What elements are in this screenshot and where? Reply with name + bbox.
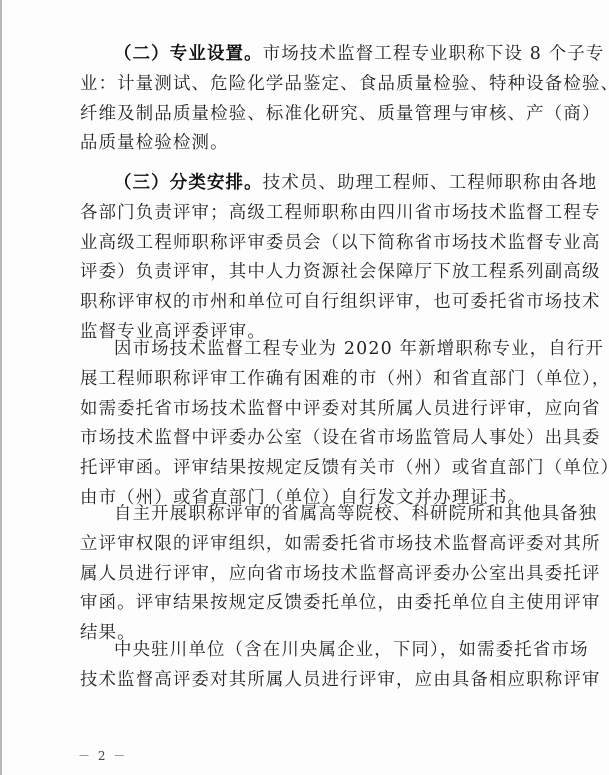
text-line: 职称评审权的市州和单位可自行组织评审，也可委托省市场技术 bbox=[80, 288, 536, 318]
text-line: 业高级工程师职称评审委员会（以下简称省市场技术监督专业高 bbox=[80, 229, 536, 259]
section-heading: （三）分类安排。 bbox=[114, 173, 263, 193]
text-line: 属人员进行评审，应向省市场技术监督高评委办公室出具委托评 bbox=[80, 560, 536, 590]
text-line: （二）专业设置。市场技术监督工程专业职称下设 8 个子专 bbox=[80, 40, 536, 70]
text-line: 业：计量测试、危险化学品鉴定、食品质量检验、特种设备检验、 bbox=[80, 70, 536, 100]
paragraph-specialty-setup: （二）专业设置。市场技术监督工程专业职称下设 8 个子专 业：计量测试、危险化学… bbox=[80, 40, 536, 159]
text-line: 自主开展职称评审的省属高等院校、科研院所和其他具备独 bbox=[80, 500, 536, 530]
document-page: （二）专业设置。市场技术监督工程专业职称下设 8 个子专 业：计量测试、危险化学… bbox=[0, 0, 609, 775]
text-line: 中央驻川单位（含在川央属企业，下同），如需委托省市场 bbox=[80, 636, 536, 666]
paragraph-central-units: 中央驻川单位（含在川央属企业，下同），如需委托省市场 技术监督高评委对其所属人员… bbox=[80, 636, 536, 696]
text-line: 托评审函。评审结果按规定反馈有关市（州）或省直部门（单位）， bbox=[80, 454, 536, 484]
text-line: （三）分类安排。技术员、助理工程师、工程师职称由各地 bbox=[80, 169, 536, 199]
text-line: 各部门负责评审；高级工程师职称由四川省市场技术监督工程专 bbox=[80, 199, 536, 229]
text-line: 审函。评审结果按规定反馈委托单位，由委托单位自主使用评审 bbox=[80, 589, 536, 619]
paragraph-institution-review: 自主开展职称评审的省属高等院校、科研院所和其他具备独 立评审权限的评审组织，如需… bbox=[80, 500, 536, 649]
text-line: 立评审权限的评审组织，如需委托省市场技术监督高评委对其所 bbox=[80, 530, 536, 560]
text-line: 因市场技术监督工程专业为 2020 年新增职称专业，自行开 bbox=[80, 335, 536, 365]
text-line: 品质量检验检测。 bbox=[80, 129, 536, 159]
text-line: 展工程师职称评审工作确有困难的市（州）和省直部门（单位）， bbox=[80, 365, 536, 395]
section-heading: （二）专业设置。 bbox=[114, 44, 263, 64]
text-line: 市场技术监督中评委办公室（设在省市场监管局人事处）出具委 bbox=[80, 424, 536, 454]
paragraph-engineer-review: 因市场技术监督工程专业为 2020 年新增职称专业，自行开 展工程师职称评审工作… bbox=[80, 335, 536, 514]
text-line: 评委）负责评审，其中人力资源社会保障厅下放工程系列副高级 bbox=[80, 258, 536, 288]
text-line: 纤维及制品质量检验、标准化研究、质量管理与审核、产（商） bbox=[80, 100, 536, 130]
text-line: 技术监督高评委对其所属人员进行评审，应由具备相应职称评审 bbox=[80, 666, 536, 696]
text-line: 如需委托省市场技术监督中评委对其所属人员进行评审，应向省 bbox=[80, 395, 536, 425]
paragraph-classification: （三）分类安排。技术员、助理工程师、工程师职称由各地 各部门负责评审；高级工程师… bbox=[80, 169, 536, 348]
page-number: － 2 － bbox=[78, 747, 127, 764]
